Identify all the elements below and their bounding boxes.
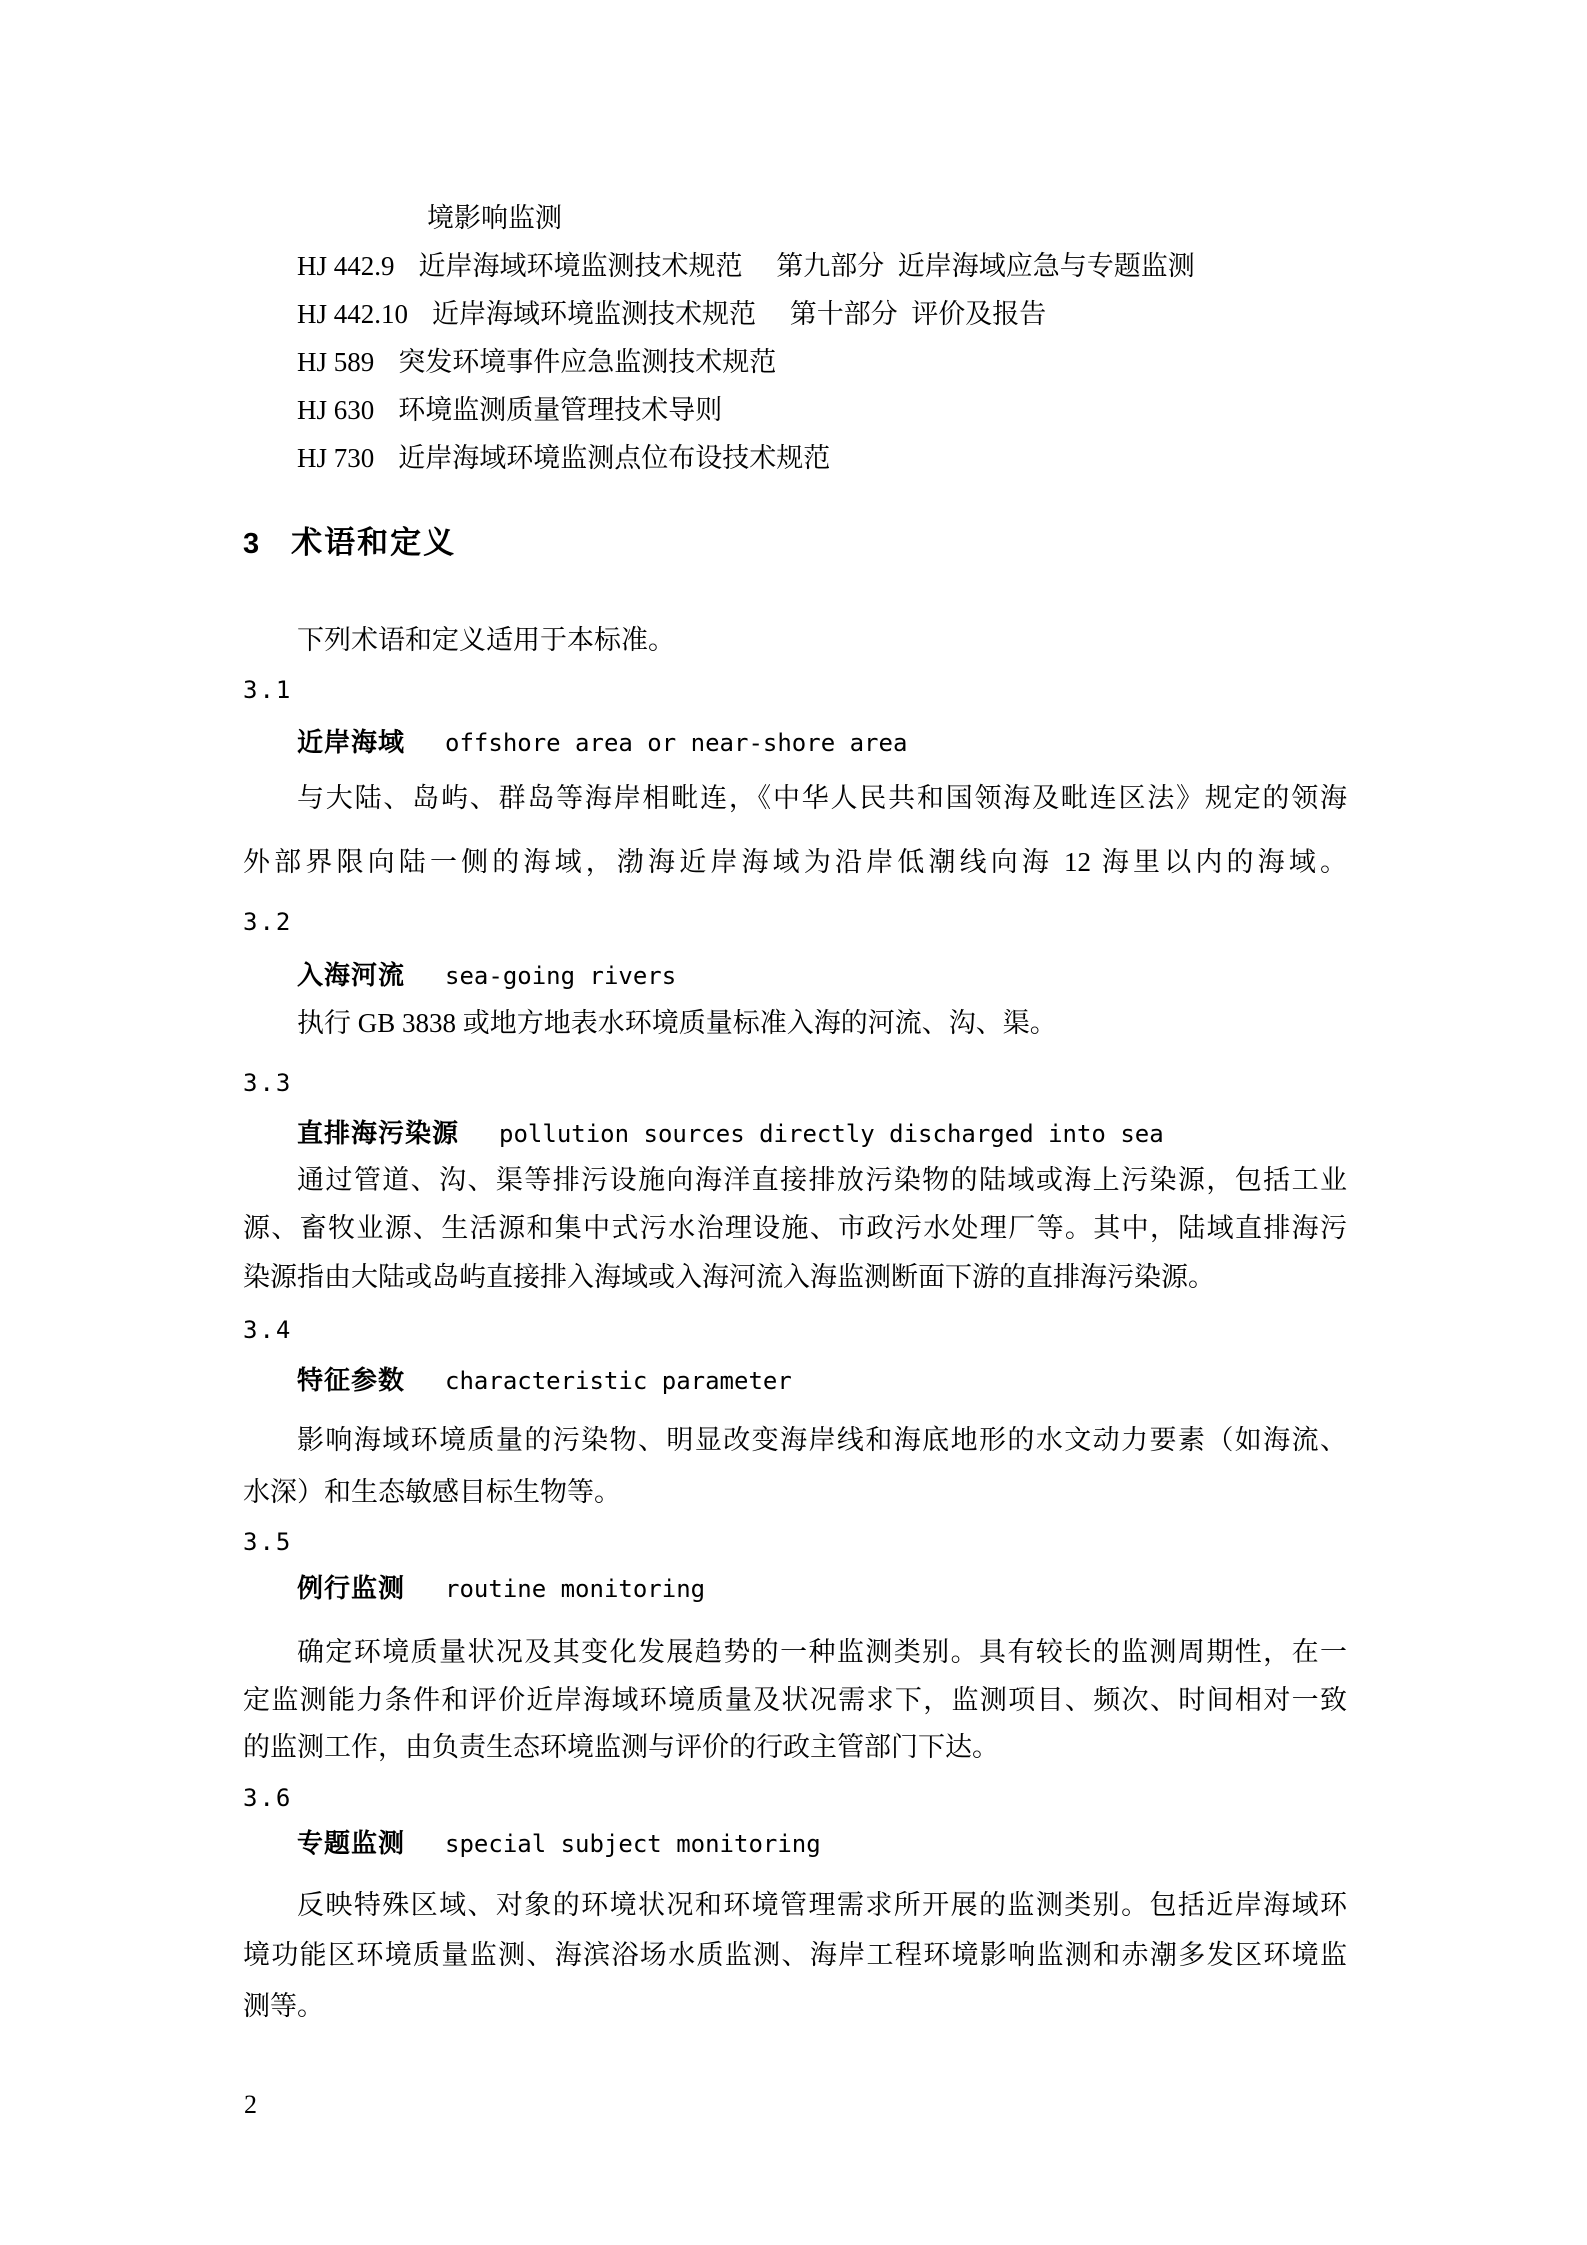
terms-intro: 下列术语和定义适用于本标准。 <box>297 623 675 657</box>
reference-title: 环境监测质量管理技术导则 <box>398 395 722 425</box>
definition-line: 通过管道、沟、渠等排污设施向海洋直接排放污染物的陆域或海上污染源，包括工业 <box>297 1163 1347 1197</box>
reference-title: 近岸海域环境监测技术规范 第十部分 评价及报告 <box>432 299 1046 329</box>
definition-line: 执行 GB 3838 或地方地表水环境质量标准入海的河流、沟、渠。 <box>297 1006 1057 1040</box>
document-page: 境影响监测 HJ 442.9近岸海域环境监测技术规范 第九部分 近岸海域应急与专… <box>0 0 1587 2245</box>
reference-item: HJ 730近岸海域环境监测点位布设技术规范 <box>297 441 830 475</box>
definition-line: 源、畜牧业源、生活源和集中式污水治理设施、市政污水处理厂等。其中，陆域直排海污 <box>243 1211 1347 1245</box>
term-name-en: special subject monitoring <box>445 1830 821 1858</box>
reference-code: HJ 442.9 <box>297 251 395 281</box>
definition-line: 定监测能力条件和评价近岸海域环境质量及状况需求下，监测项目、频次、时间相对一致 <box>243 1683 1347 1717</box>
term-line: 特征参数characteristic parameter <box>297 1363 792 1402</box>
reference-code: HJ 589 <box>297 347 374 377</box>
term-name-zh: 入海河流 <box>297 960 405 990</box>
reference-code: HJ 630 <box>297 395 374 425</box>
term-line: 入海河流sea-going rivers <box>297 958 676 997</box>
definition-line: 的监测工作，由负责生态环境监测与评价的行政主管部门下达。 <box>243 1730 999 1764</box>
term-number: 3.5 <box>243 1525 292 1559</box>
term-number: 3.6 <box>243 1781 292 1815</box>
section-heading: 3术语和定义 <box>243 526 456 566</box>
section-heading-number: 3 <box>243 528 259 560</box>
reference-item: HJ 442.10近岸海域环境监测技术规范 第十部分 评价及报告 <box>297 297 1046 331</box>
term-name-zh: 例行监测 <box>297 1573 405 1603</box>
definition-line: 确定环境质量状况及其变化发展趋势的一种监测类别。具有较长的监测周期性，在一 <box>297 1635 1347 1669</box>
term-number: 3.3 <box>243 1066 292 1100</box>
term-line: 例行监测routine monitoring <box>297 1571 705 1610</box>
definition-line: 与大陆、岛屿、群岛等海岸相毗连，《中华人民共和国领海及毗连区法》规定的领海 <box>297 781 1347 815</box>
reference-title: 近岸海域环境监测技术规范 第九部分 近岸海域应急与专题监测 <box>419 251 1195 281</box>
term-number: 3.1 <box>243 673 292 707</box>
term-name-en: characteristic parameter <box>445 1367 792 1395</box>
term-line: 专题监测special subject monitoring <box>297 1826 821 1865</box>
definition-line: 水深）和生态敏感目标生物等。 <box>243 1475 621 1509</box>
term-name-zh: 特征参数 <box>297 1365 405 1395</box>
term-line: 近岸海域offshore area or near-shore area <box>297 725 907 764</box>
definition-line: 影响海域环境质量的污染物、明显改变海岸线和海底地形的水文动力要素（如海流、 <box>297 1423 1347 1457</box>
reference-item: HJ 589突发环境事件应急监测技术规范 <box>297 345 776 379</box>
reference-title: 突发环境事件应急监测技术规范 <box>398 347 776 377</box>
term-line: 直排海污染源pollution sources directly dischar… <box>297 1116 1164 1155</box>
reference-item: HJ 630环境监测质量管理技术导则 <box>297 393 722 427</box>
definition-line: 染源指由大陆或岛屿直接排入海域或入海河流入海监测断面下游的直排海污染源。 <box>243 1260 1215 1294</box>
term-name-zh: 近岸海域 <box>297 727 405 757</box>
term-number: 3.4 <box>243 1313 292 1347</box>
section-heading-title: 术语和定义 <box>291 525 456 560</box>
term-name-zh: 专题监测 <box>297 1828 405 1858</box>
page-number: 2 <box>244 2088 257 2122</box>
definition-line: 外部界限向陆一侧的海域，渤海近岸海域为沿岸低潮线向海 12 海里以内的海域。 <box>243 845 1347 879</box>
reference-item: HJ 442.9近岸海域环境监测技术规范 第九部分 近岸海域应急与专题监测 <box>297 249 1195 283</box>
definition-line: 测等。 <box>243 1989 324 2023</box>
term-name-en: routine monitoring <box>445 1575 705 1603</box>
reference-continuation-line: 境影响监测 <box>427 201 562 235</box>
term-name-en: offshore area or near-shore area <box>445 729 907 757</box>
reference-code: HJ 442.10 <box>297 299 408 329</box>
term-name-en: sea-going rivers <box>445 962 676 990</box>
term-name-zh: 直排海污染源 <box>297 1118 459 1148</box>
definition-line: 境功能区环境质量监测、海滨浴场水质监测、海岸工程环境影响监测和赤潮多发区环境监 <box>243 1938 1347 1972</box>
term-number: 3.2 <box>243 905 292 939</box>
reference-title: 近岸海域环境监测点位布设技术规范 <box>398 443 830 473</box>
definition-line: 反映特殊区域、对象的环境状况和环境管理需求所开展的监测类别。包括近岸海域环 <box>297 1888 1347 1922</box>
reference-code: HJ 730 <box>297 443 374 473</box>
term-name-en: pollution sources directly discharged in… <box>499 1120 1164 1148</box>
